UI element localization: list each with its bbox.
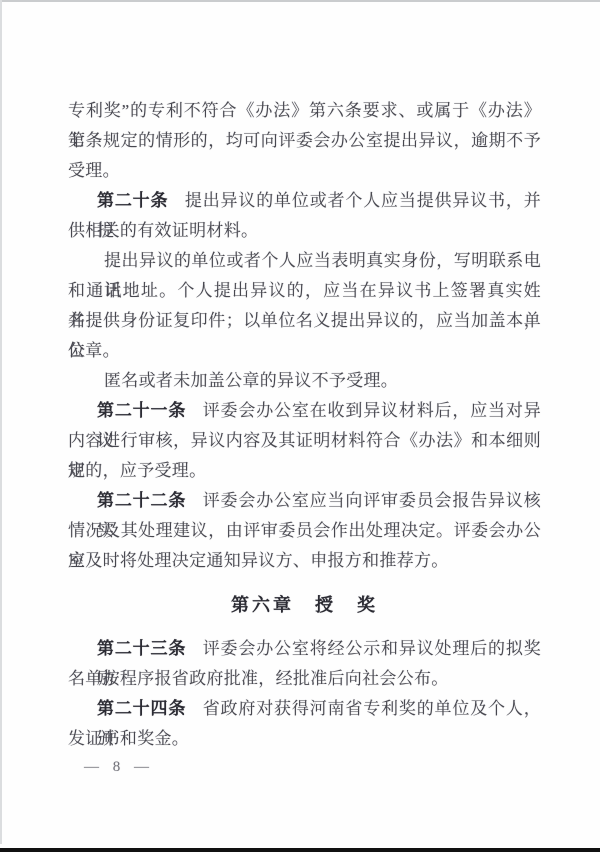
text-line: 第二十条提出异议的单位或者个人应当提供异议书，并提 <box>68 186 541 216</box>
text-line: 并提供身份证复印件；以单位名义提出异议的，应当加盖本单位 <box>68 306 541 336</box>
text-line: 七条规定的情形的，均可向评委会办公室提出异议，逾期不予 <box>68 126 541 156</box>
article-number: 第二十条 <box>97 191 168 210</box>
text-line: 第二十四条省政府对获得河南省专利奖的单位及个人，颁 <box>68 694 541 724</box>
text-line: 内容进行审核，异议内容及其证明材料符合《办法》和本细则规 <box>68 426 541 456</box>
text-line: 第二十二条评委会办公室应当向评审委员会报告异议核实 <box>68 486 541 516</box>
article-number: 第二十一条 <box>97 401 186 420</box>
text-line: 第二十三条评委会办公室将经公示和异议处理后的拟奖励 <box>68 634 541 664</box>
chapter-heading: 第六章 授 奖 <box>68 590 541 620</box>
scanned-document-page: 专利奖”的专利不符合《办法》第六条要求、或属于《办法》第七条规定的情形的，均可向… <box>0 0 600 854</box>
page-number: — 8 — <box>84 756 151 778</box>
text-line: 名单按程序报省政府批准，经批准后向社会公布。 <box>68 664 541 694</box>
text-line: 情况及其处理建议，由评审委员会作出处理决定。评委会办公室 <box>68 516 541 546</box>
document-lines: 专利奖”的专利不符合《办法》第六条要求、或属于《办法》第七条规定的情形的，均可向… <box>68 96 541 754</box>
scan-left-edge <box>0 0 2 844</box>
text-line: 应及时将处理决定通知异议方、申报方和推荐方。 <box>68 546 541 576</box>
text-line: 第二十一条评委会办公室在收到异议材料后，应当对异议 <box>68 396 541 426</box>
scan-top-edge <box>0 0 600 2</box>
text-line: 公章。 <box>68 336 541 366</box>
article-number: 第二十二条 <box>97 491 186 510</box>
text-line: 受理。 <box>68 156 541 186</box>
text-line: 和通讯地址。个人提出异议的，应当在异议书上签署真实姓名， <box>68 276 541 306</box>
text-line: 专利奖”的专利不符合《办法》第六条要求、或属于《办法》第 <box>68 96 541 126</box>
article-number: 第二十三条 <box>97 639 186 658</box>
text-line: 定的，应予受理。 <box>68 456 541 486</box>
text-line: 供相关的有效证明材料。 <box>68 216 541 246</box>
article-number: 第二十四条 <box>97 699 186 718</box>
text-line: 匿名或者未加盖公章的异议不予受理。 <box>68 366 541 396</box>
text-line: 发证书和奖金。 <box>68 724 541 754</box>
scan-bottom-edge <box>0 848 600 852</box>
text-line: 提出异议的单位或者个人应当表明真实身份，写明联系电话 <box>68 246 541 276</box>
